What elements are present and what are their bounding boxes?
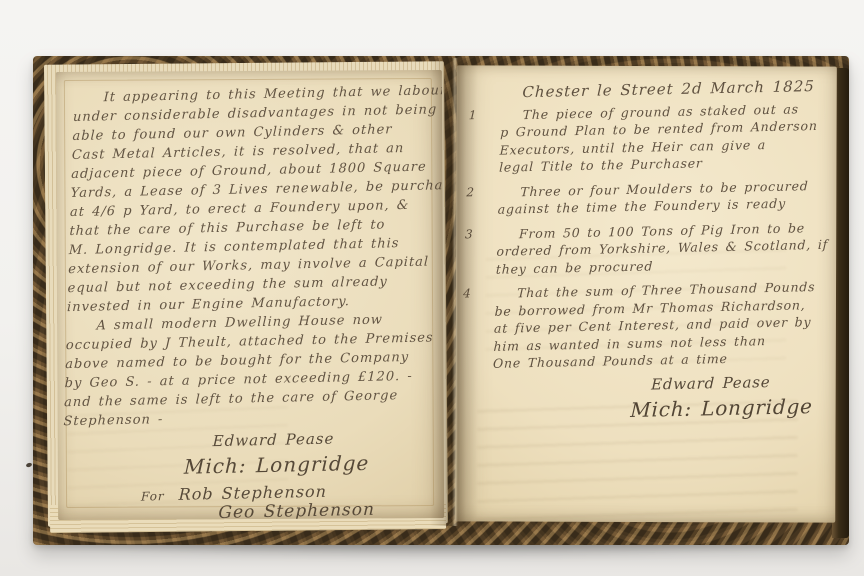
minute-item: 2 Three or four Moulders to be procured … — [461, 176, 828, 219]
minute-item: 3 From 50 to 100 Tons of Pig Iron to be … — [459, 218, 827, 278]
signature-michael-longridge: Mich: Longridge — [184, 453, 423, 477]
minute-paragraph: It appearing to this Meeting that we lab… — [67, 81, 434, 317]
minute-paragraph: A small modern Dwelling House now occupi… — [63, 310, 427, 432]
gutter-shadow — [430, 58, 478, 526]
right-page-text: Chester le Street 2d March 1825 1 The pi… — [455, 78, 830, 423]
signature-edward-pease: Edward Pease — [212, 428, 423, 451]
item-body: The piece of ground as staked out as p G… — [499, 99, 830, 176]
item-body: From 50 to 100 Tons of Pig Iron to be or… — [496, 218, 829, 277]
signature-michael-longridge: Mich: Longridge — [630, 398, 821, 419]
right-page: Chester le Street 2d March 1825 1 The pi… — [455, 65, 837, 522]
dust-speck — [25, 462, 32, 468]
minute-item: 1 The piece of ground as staked out as p… — [462, 99, 830, 177]
item-body: Three or four Moulders to be procured ag… — [498, 176, 828, 218]
minute-item: 4 That the sum of Three Thousand Pounds … — [456, 278, 825, 373]
left-page: It appearing to this Meeting that we lab… — [56, 70, 444, 520]
minute-heading: Chester le Street 2d March 1825 — [522, 78, 830, 102]
signature-geo-stephenson: Geo Stephenson — [218, 500, 421, 520]
left-page-text: It appearing to this Meeting that we lab… — [60, 81, 434, 520]
photo-backdrop: It appearing to this Meeting that we lab… — [0, 0, 864, 576]
item-body: That the sum of Three Thousand Pounds be… — [493, 278, 825, 372]
signature-for-label: For — [141, 489, 165, 504]
signature-edward-pease: Edward Pease — [651, 372, 822, 393]
